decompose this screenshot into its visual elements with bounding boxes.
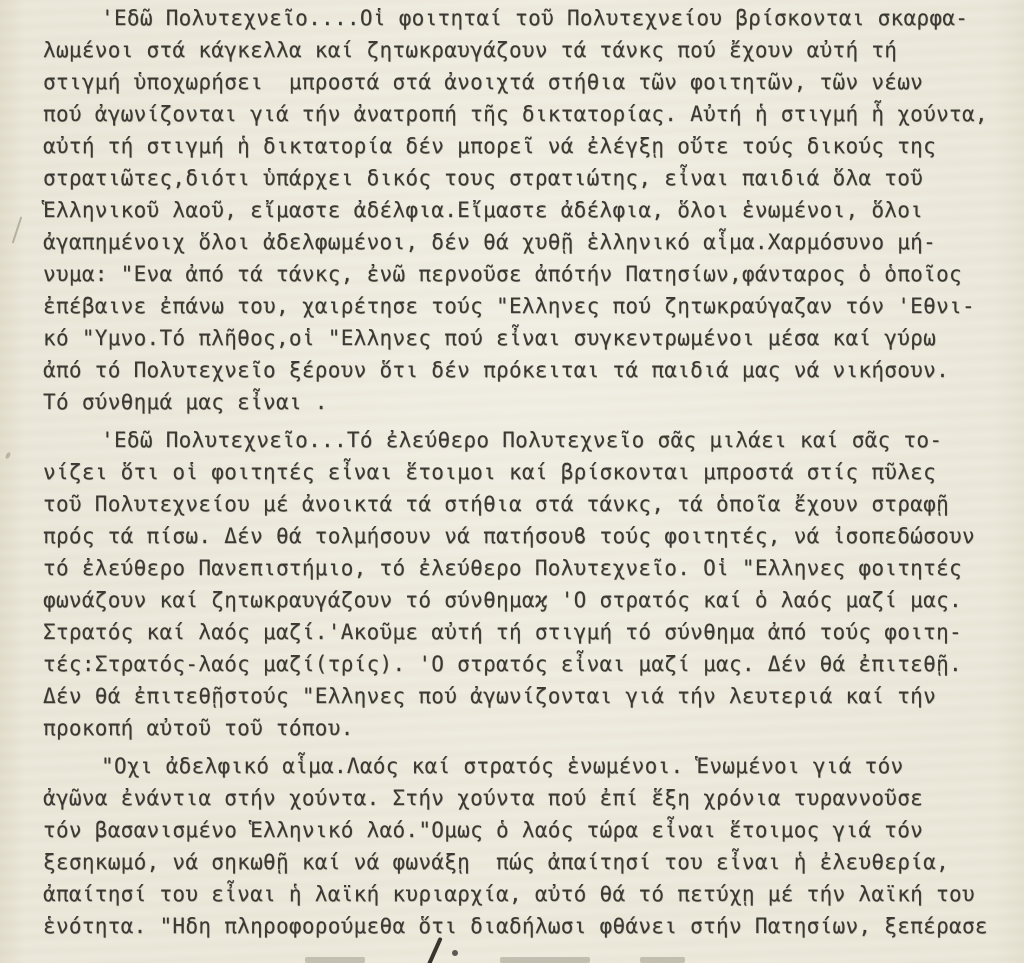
pencil-tick-mark — [12, 216, 23, 243]
text-line: κό "Υμνο.Τό πλῆθος,οἱ "Ελληνες πού εἶναι… — [43, 322, 1010, 354]
cutoff-line-smudge — [500, 957, 590, 963]
text-line: ἀπό τό Πολυτεχνεῖο ξέρουν ὅτι δέν πρόκει… — [43, 354, 1010, 386]
text-line: λωμένοι στά κάγκελλα καί ζητωκραυγάζουν … — [43, 34, 1010, 66]
text-line: 'Εδῶ Πολυτεχνεῖο....Οἱ φοιτηταί τοῦ Πολυ… — [43, 2, 1010, 34]
typewritten-document-page: 'Εδῶ Πολυτεχνεῖο....Οἱ φοιτηταί τοῦ Πολυ… — [0, 0, 1024, 963]
text-line: τές:Στρατός-λαός μαζί(τρίς). 'Ο στρατός … — [43, 648, 1010, 680]
text-line: ἐπέβαινε ἐπάνω του, χαιρέτησε τούς "Ελλη… — [43, 290, 1010, 322]
text-line: ἀγῶνα ἐνάντια στήν χούντα. Στήν χούντα π… — [43, 782, 1010, 814]
text-line: τόν βασανισμένο Ἑλληνικό λαό."Ομως ὁ λαό… — [43, 814, 1010, 846]
text-line: πού ἀγωνίζονται γιά τήν ἀνατροπή τῆς δικ… — [43, 98, 1010, 130]
text-line: τοῦ Πολυτεχνείου μέ ἀνοικτά τά στήθια στ… — [43, 488, 1010, 520]
handwritten-dot-cutoff — [452, 950, 458, 956]
text-line: Τό σύνθημά μας εἶναι . — [43, 386, 1010, 418]
text-line: αὐτή τή στιγμή ἡ δικτατορία δέν μπορεῖ ν… — [43, 130, 1010, 162]
text-line: νίζει ὅτι οἱ φοιτητές εἶναι ἕτοιμοι καί … — [43, 456, 1010, 488]
text-line: ξεσηκωμό, νά σηκωθῇ καί νά φωνάξῃ πώς ἀπ… — [43, 846, 1010, 878]
text-line: Ἑλληνικοῦ λαοῦ, εἴμαστε ἀδέλφια.Εἴμαστε … — [43, 194, 1010, 226]
text-line: τό ἐλεύθερο Πανεπιστήμιο, τό ἐλεύθερο Πο… — [43, 552, 1010, 584]
typewritten-text: 'Εδῶ Πολυτεχνεῖο....Οἱ φοιτηταί τοῦ Πολυ… — [43, 2, 1010, 942]
text-line: φωνάζουν καί ζητωκραυγάζουν τό σύνθημαϗ … — [43, 584, 1010, 616]
paragraph: "Οχι ἀδελφικό αἷμα.Λαός καί στρατός ἑνωμ… — [43, 750, 1010, 942]
paragraph: 'Εδῶ Πολυτεχνεῖο...Τό ἐλεύθερο Πολυτεχνε… — [43, 424, 1010, 744]
text-line: νυμα: "Ενα ἀπό τά τάνκς, ἐνῶ περνοῦσε ἀπ… — [43, 258, 1010, 290]
text-line: "Οχι ἀδελφικό αἷμα.Λαός καί στρατός ἑνωμ… — [43, 750, 1010, 782]
text-line: προκοπή αὐτοῦ τοῦ τόπου. — [43, 712, 1010, 744]
text-line: στρατιῶτες,διότι ὑπάρχει δικός τους στρα… — [43, 162, 1010, 194]
paragraph: 'Εδῶ Πολυτεχνεῖο....Οἱ φοιτηταί τοῦ Πολυ… — [43, 2, 1010, 418]
text-line: ἀγαπημένοιχ ὅλοι ἀδελφωμένοι, δέν θά χυθ… — [43, 226, 1010, 258]
cutoff-line-smudge — [305, 957, 365, 963]
text-line: ἑνότητα. "Ηδη πληροφορούμεθα ὅτι διαδήλω… — [43, 910, 1010, 942]
text-line: 'Εδῶ Πολυτεχνεῖο...Τό ἐλεύθερο Πολυτεχνε… — [43, 424, 1010, 456]
text-line: πρός τά πίσω. Δέν θά τολμήσουν νά πατήσο… — [43, 520, 1010, 552]
text-line: Δέν θά ἐπιτεθῇστούς "Ελληνες πού ἀγωνίζο… — [43, 680, 1010, 712]
cutoff-line-smudge — [640, 957, 685, 963]
text-line: στιγμή ὑποχωρήσει μπροστά στά ἀνοιχτά στ… — [43, 66, 1010, 98]
text-line: ἀπαίτησί του εἶναι ἡ λαϊκή κυριαρχία, αὐ… — [43, 878, 1010, 910]
text-line: Στρατός καί λαός μαζί.'Ακοῦμε αὐτή τή στ… — [43, 616, 1010, 648]
paper-speck — [5, 451, 12, 459]
